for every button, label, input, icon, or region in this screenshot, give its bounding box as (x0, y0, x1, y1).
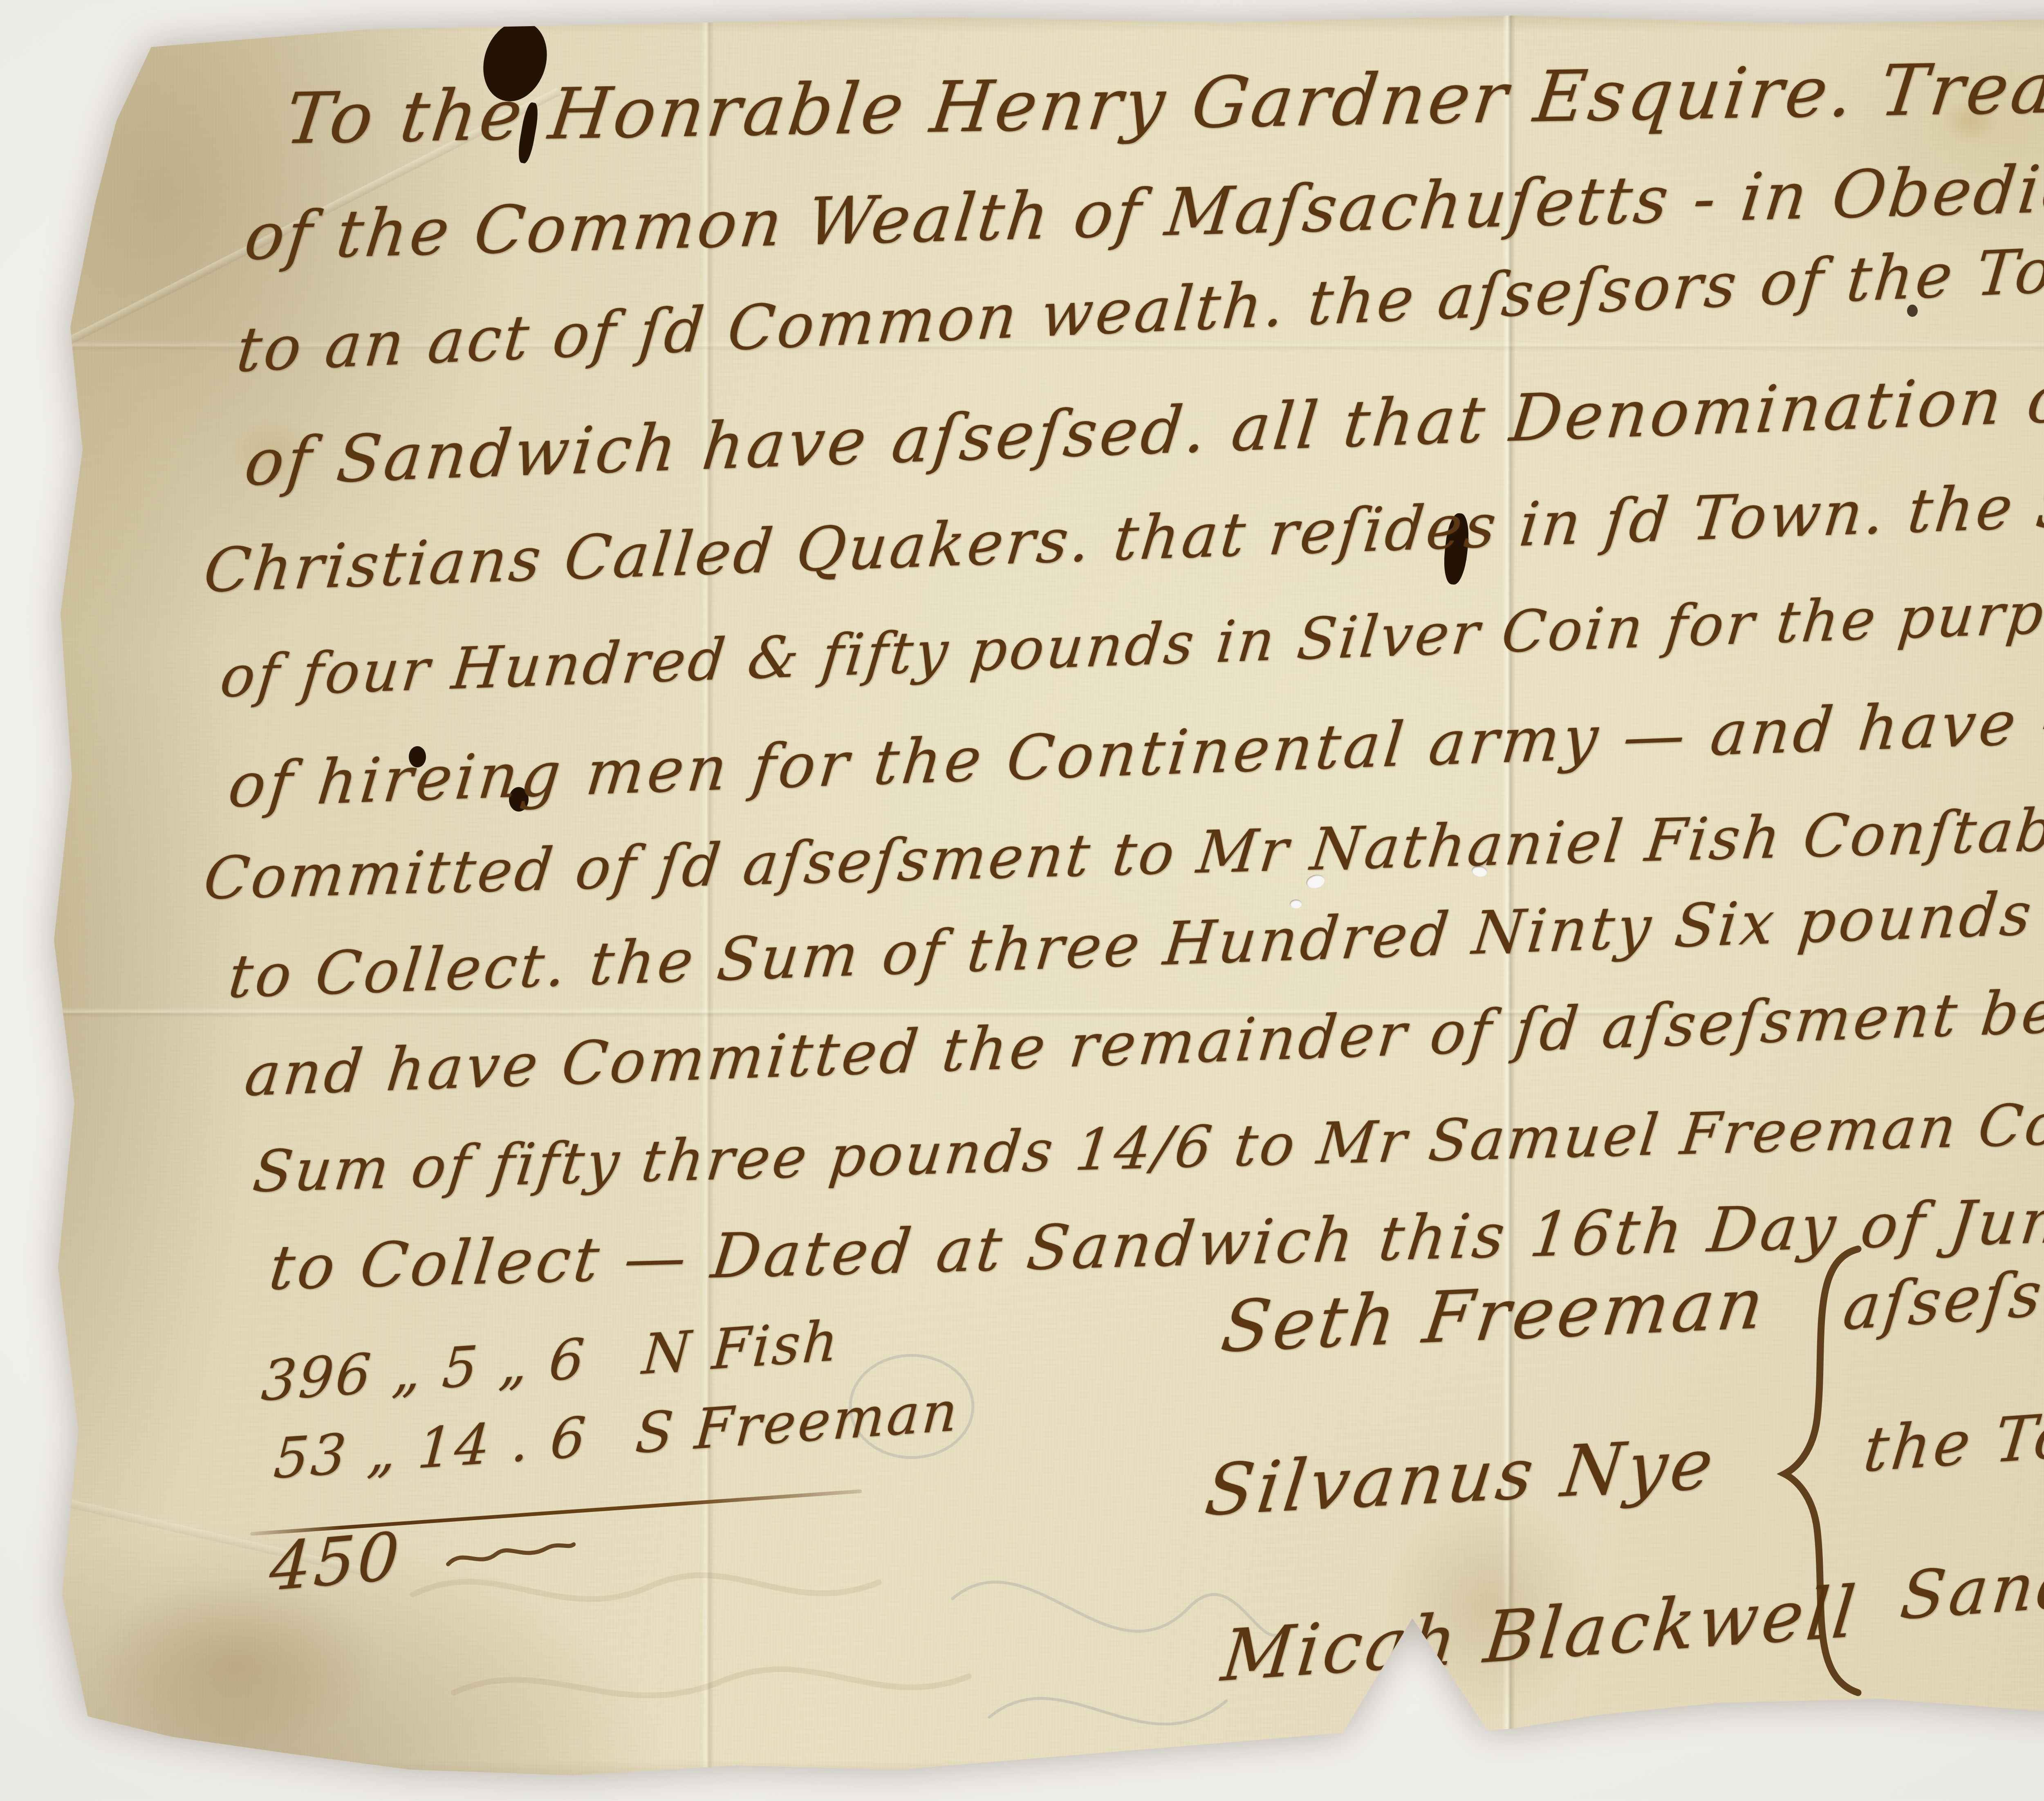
paper-stain (94, 1578, 380, 1750)
ledger-total: 450 (268, 1517, 403, 1606)
paper-wrapper: To the Honrable Henry Gardner Esquire. T… (0, 0, 2044, 1801)
scan-background: { "paper": { "color": "#e3d9bc", "ink_co… (0, 0, 2044, 1801)
paper-sheet: To the Honrable Henry Gardner Esquire. T… (0, 0, 2044, 1801)
